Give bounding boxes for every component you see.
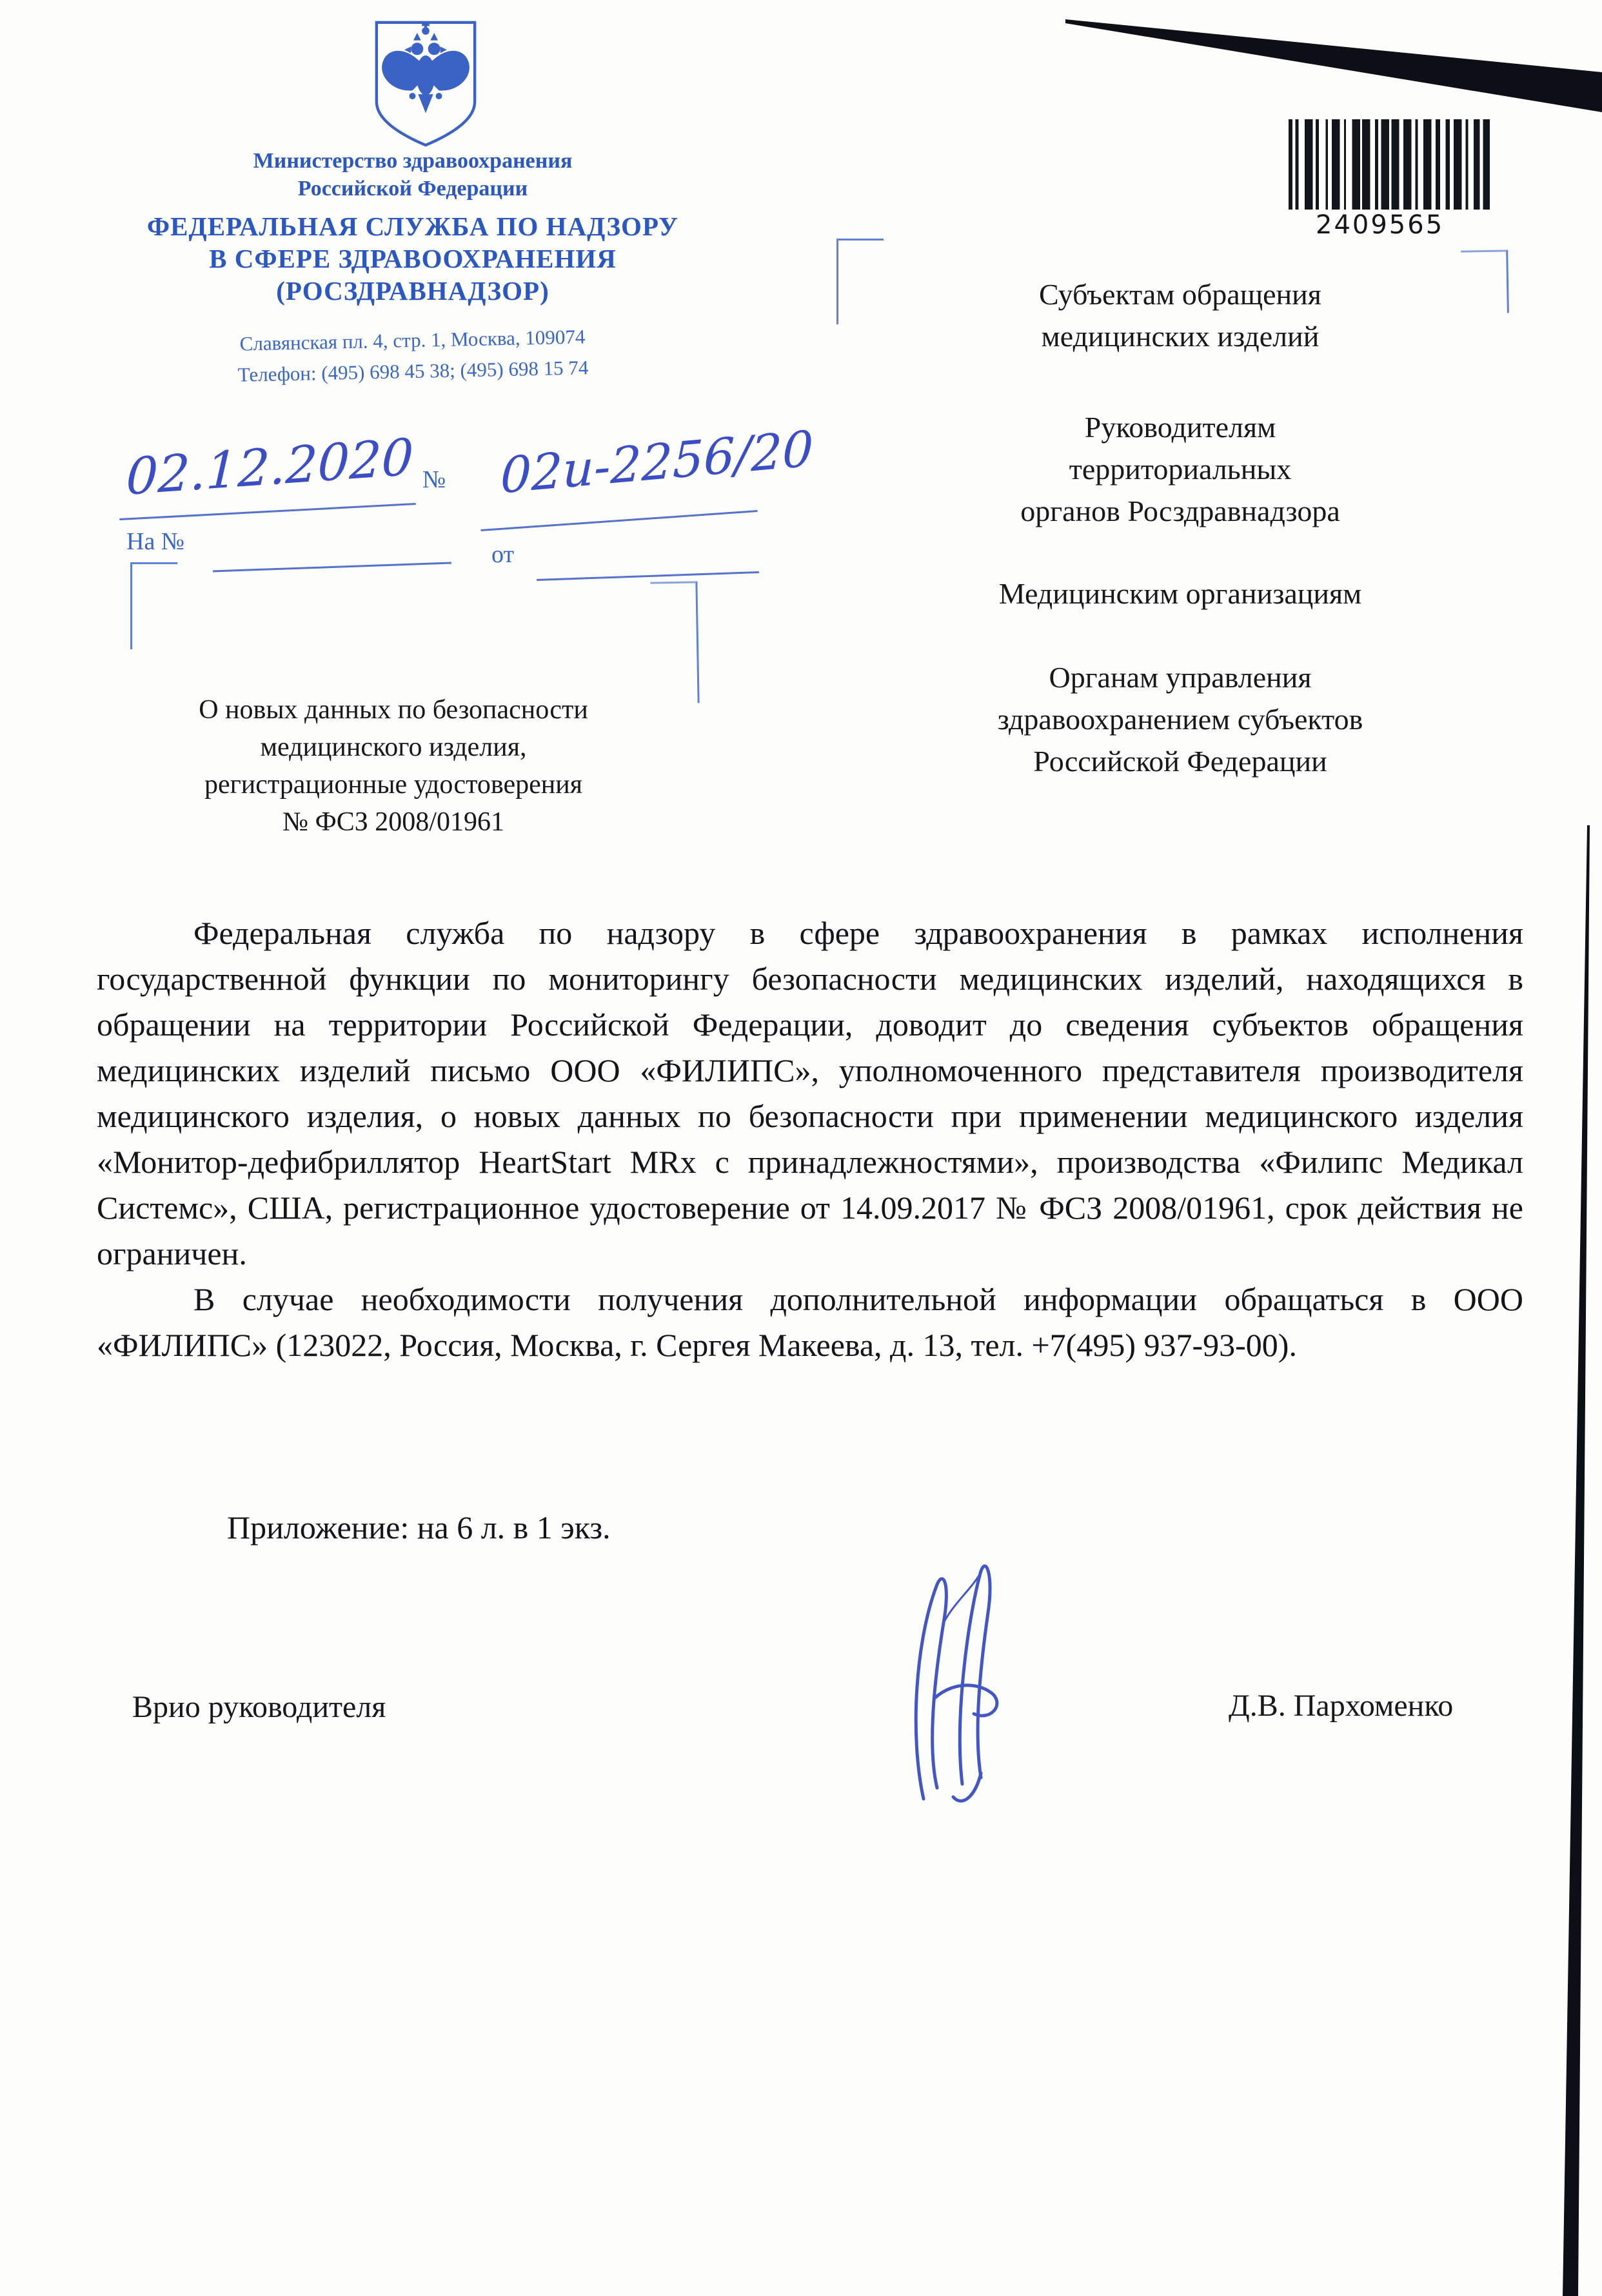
- body-paragraph-2: В случае необходимости получения дополни…: [97, 1277, 1523, 1368]
- right-edge-smudge: [1563, 825, 1590, 2296]
- recipient-line: органов Росздравнадзора: [858, 490, 1503, 532]
- letter-body: Федеральная служба по надзору в сфере зд…: [97, 910, 1523, 1368]
- attachment-line: Приложение: на 6 л. в 1 экз.: [227, 1509, 611, 1546]
- outgoing-number-handwritten: 02и-2256/20: [500, 420, 814, 505]
- signer-position: Врио руководителя: [132, 1689, 386, 1725]
- service-line2: В СФЕРЕ ЗДРАВООХРАНЕНИЯ: [90, 242, 735, 275]
- number-underline: [480, 510, 757, 531]
- service-line1: ФЕДЕРАЛЬНАЯ СЛУЖБА ПО НАДЗОРУ: [90, 210, 735, 242]
- scanned-letter-page: Министерство здравоохранения Российской …: [0, 0, 1602, 2296]
- top-edge-smudge: [1065, 19, 1602, 112]
- coat-of-arms-icon: [361, 17, 490, 149]
- barcode: [1289, 119, 1490, 210]
- recipient-line: Медицинским организациям: [858, 573, 1503, 614]
- outgoing-date-handwritten: 02.12.2020: [125, 428, 415, 507]
- recipient-line: Российской Федерации: [858, 740, 1503, 782]
- date-underline: [119, 503, 416, 520]
- recipient-line: здравоохранением субъектов: [858, 698, 1503, 740]
- ministry-line1: Министерство здравоохранения: [90, 147, 735, 175]
- recipient-line: Органам управления: [858, 656, 1503, 698]
- recipient-group-2: Руководителям территориальных органов Ро…: [858, 406, 1503, 532]
- recipient-group-4: Органам управления здравоохранением субъ…: [858, 656, 1503, 782]
- ministry-line2: Российской Федерации: [90, 175, 735, 202]
- recipient-group-3: Медицинским организациям: [858, 573, 1503, 614]
- from-label: от: [491, 540, 514, 569]
- subject-line: О новых данных по безопасности: [110, 691, 677, 729]
- number-sign: №: [422, 466, 446, 494]
- signature-handwriting: [877, 1551, 1064, 1815]
- subject-corner-right: [650, 581, 699, 703]
- signer-name: Д.В. Пархоменко: [1229, 1688, 1453, 1723]
- recipient-line: медицинских изделий: [858, 315, 1503, 357]
- barcode-number: 2409565: [1316, 210, 1444, 240]
- from-blank: [537, 571, 759, 581]
- on-number-blank: [213, 562, 451, 573]
- recipient-group-1: Субъектам обращения медицинских изделий: [858, 273, 1503, 357]
- recipient-line: Субъектам обращения: [858, 273, 1503, 315]
- body-paragraph-1: Федеральная служба по надзору в сфере зд…: [97, 910, 1523, 1277]
- recipient-line: Руководителям: [858, 406, 1503, 448]
- subject-line: медицинского изделия,: [110, 729, 677, 766]
- on-number-label: На №: [126, 527, 184, 556]
- letterhead: Министерство здравоохранения Российской …: [90, 147, 735, 387]
- subject-line: № ФСЗ 2008/01961: [110, 803, 677, 841]
- recipient-line: территориальных: [858, 448, 1503, 490]
- subject-block: О новых данных по безопасности медицинск…: [110, 691, 677, 841]
- subject-corner-left: [130, 562, 177, 649]
- subject-line: регистрационные удостоверения: [110, 766, 677, 803]
- service-line3: (РОСЗДРАВНАДЗОР): [90, 275, 735, 307]
